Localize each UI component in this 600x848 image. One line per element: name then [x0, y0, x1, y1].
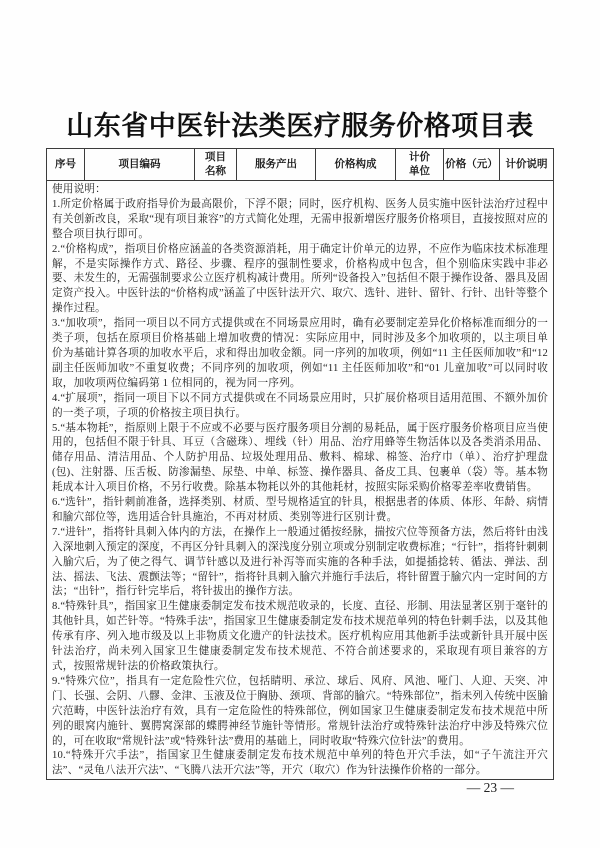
- usage-note-paragraph-5: 5.“基本物耗”，指原则上限于不应或不必要与医疗服务项目分割的易耗品，属于医疗服…: [52, 422, 548, 497]
- col-header-service-output: 服务产出: [237, 149, 316, 181]
- col-header-price-composition: 价格构成: [316, 149, 396, 181]
- usage-note-paragraph-10: 10.“特殊开穴手法”，指国家卫生健康委制定发布技术规范中单列的特色开穴手法，如…: [52, 749, 548, 779]
- usage-note-paragraph-8: 8.“特殊针具”，指国家卫生健康委制定发布技术规范收录的，长度、直径、形制、用法…: [52, 600, 548, 675]
- usage-note-paragraph-7: 7.“进针”，指将针具刺入体内的方法，在操作上一般通过循按经脉，揣按穴位等预备方…: [52, 526, 548, 601]
- page-title: 山东省中医针法类医疗服务价格项目表: [0, 104, 600, 143]
- col-header-seq-no: 序号: [47, 149, 85, 181]
- price-table: 序号 项目编码 项目 名称 服务产出 价格构成 计价 单位 价格（元） 计价说明…: [46, 148, 554, 780]
- usage-note-paragraph-1: 1.所定价格属于政府指导价为最高限价，下浮不限；同时，医疗机构、医务人员实施中医…: [52, 198, 548, 243]
- usage-note-paragraph-9: 9.“特殊穴位”，指具有一定危险性穴位，包括睛明、承泣、球后、风府、风池、哑门、…: [52, 675, 548, 750]
- usage-notes-label: 使用说明：: [52, 183, 548, 198]
- col-header-item-code: 项目编码: [85, 149, 195, 181]
- document-page: 山东省中医针法类医疗服务价格项目表 序号 项目编码 项目 名称 服务产出 价格构…: [0, 0, 600, 848]
- usage-notes-cell: 使用说明： 1.所定价格属于政府指导价为最高限价，下浮不限；同时，医疗机构、医务…: [47, 181, 554, 780]
- table-header-row: 序号 项目编码 项目 名称 服务产出 价格构成 计价 单位 价格（元） 计价说明: [47, 149, 554, 181]
- col-header-price-yuan: 价格（元）: [444, 149, 500, 181]
- col-header-item-name: 项目 名称: [195, 149, 237, 181]
- usage-note-paragraph-2: 2.“价格构成”，指项目价格应涵盖的各类资源消耗，用于确定计价单元的边界，不应作…: [52, 243, 548, 318]
- col-header-pricing-notes: 计价说明: [500, 149, 554, 181]
- page-number: — 23 —: [0, 780, 600, 796]
- usage-note-paragraph-3: 3.“加收项”，指同一项目以不同方式提供或在不同场景应用时，确有必要制定差异化价…: [52, 317, 548, 392]
- usage-note-paragraph-6: 6.“选针”，指针刺前准备，选择类别、材质、型号规格适宜的针具，根据患者的体质、…: [52, 496, 548, 526]
- col-header-pricing-unit: 计价 单位: [396, 149, 444, 181]
- usage-notes-row: 使用说明： 1.所定价格属于政府指导价为最高限价，下浮不限；同时，医疗机构、医务…: [47, 181, 554, 780]
- usage-note-paragraph-4: 4.“扩展项”，指同一项目下以不同方式提供或在不同场景应用时，只扩展价格项目适用…: [52, 392, 548, 422]
